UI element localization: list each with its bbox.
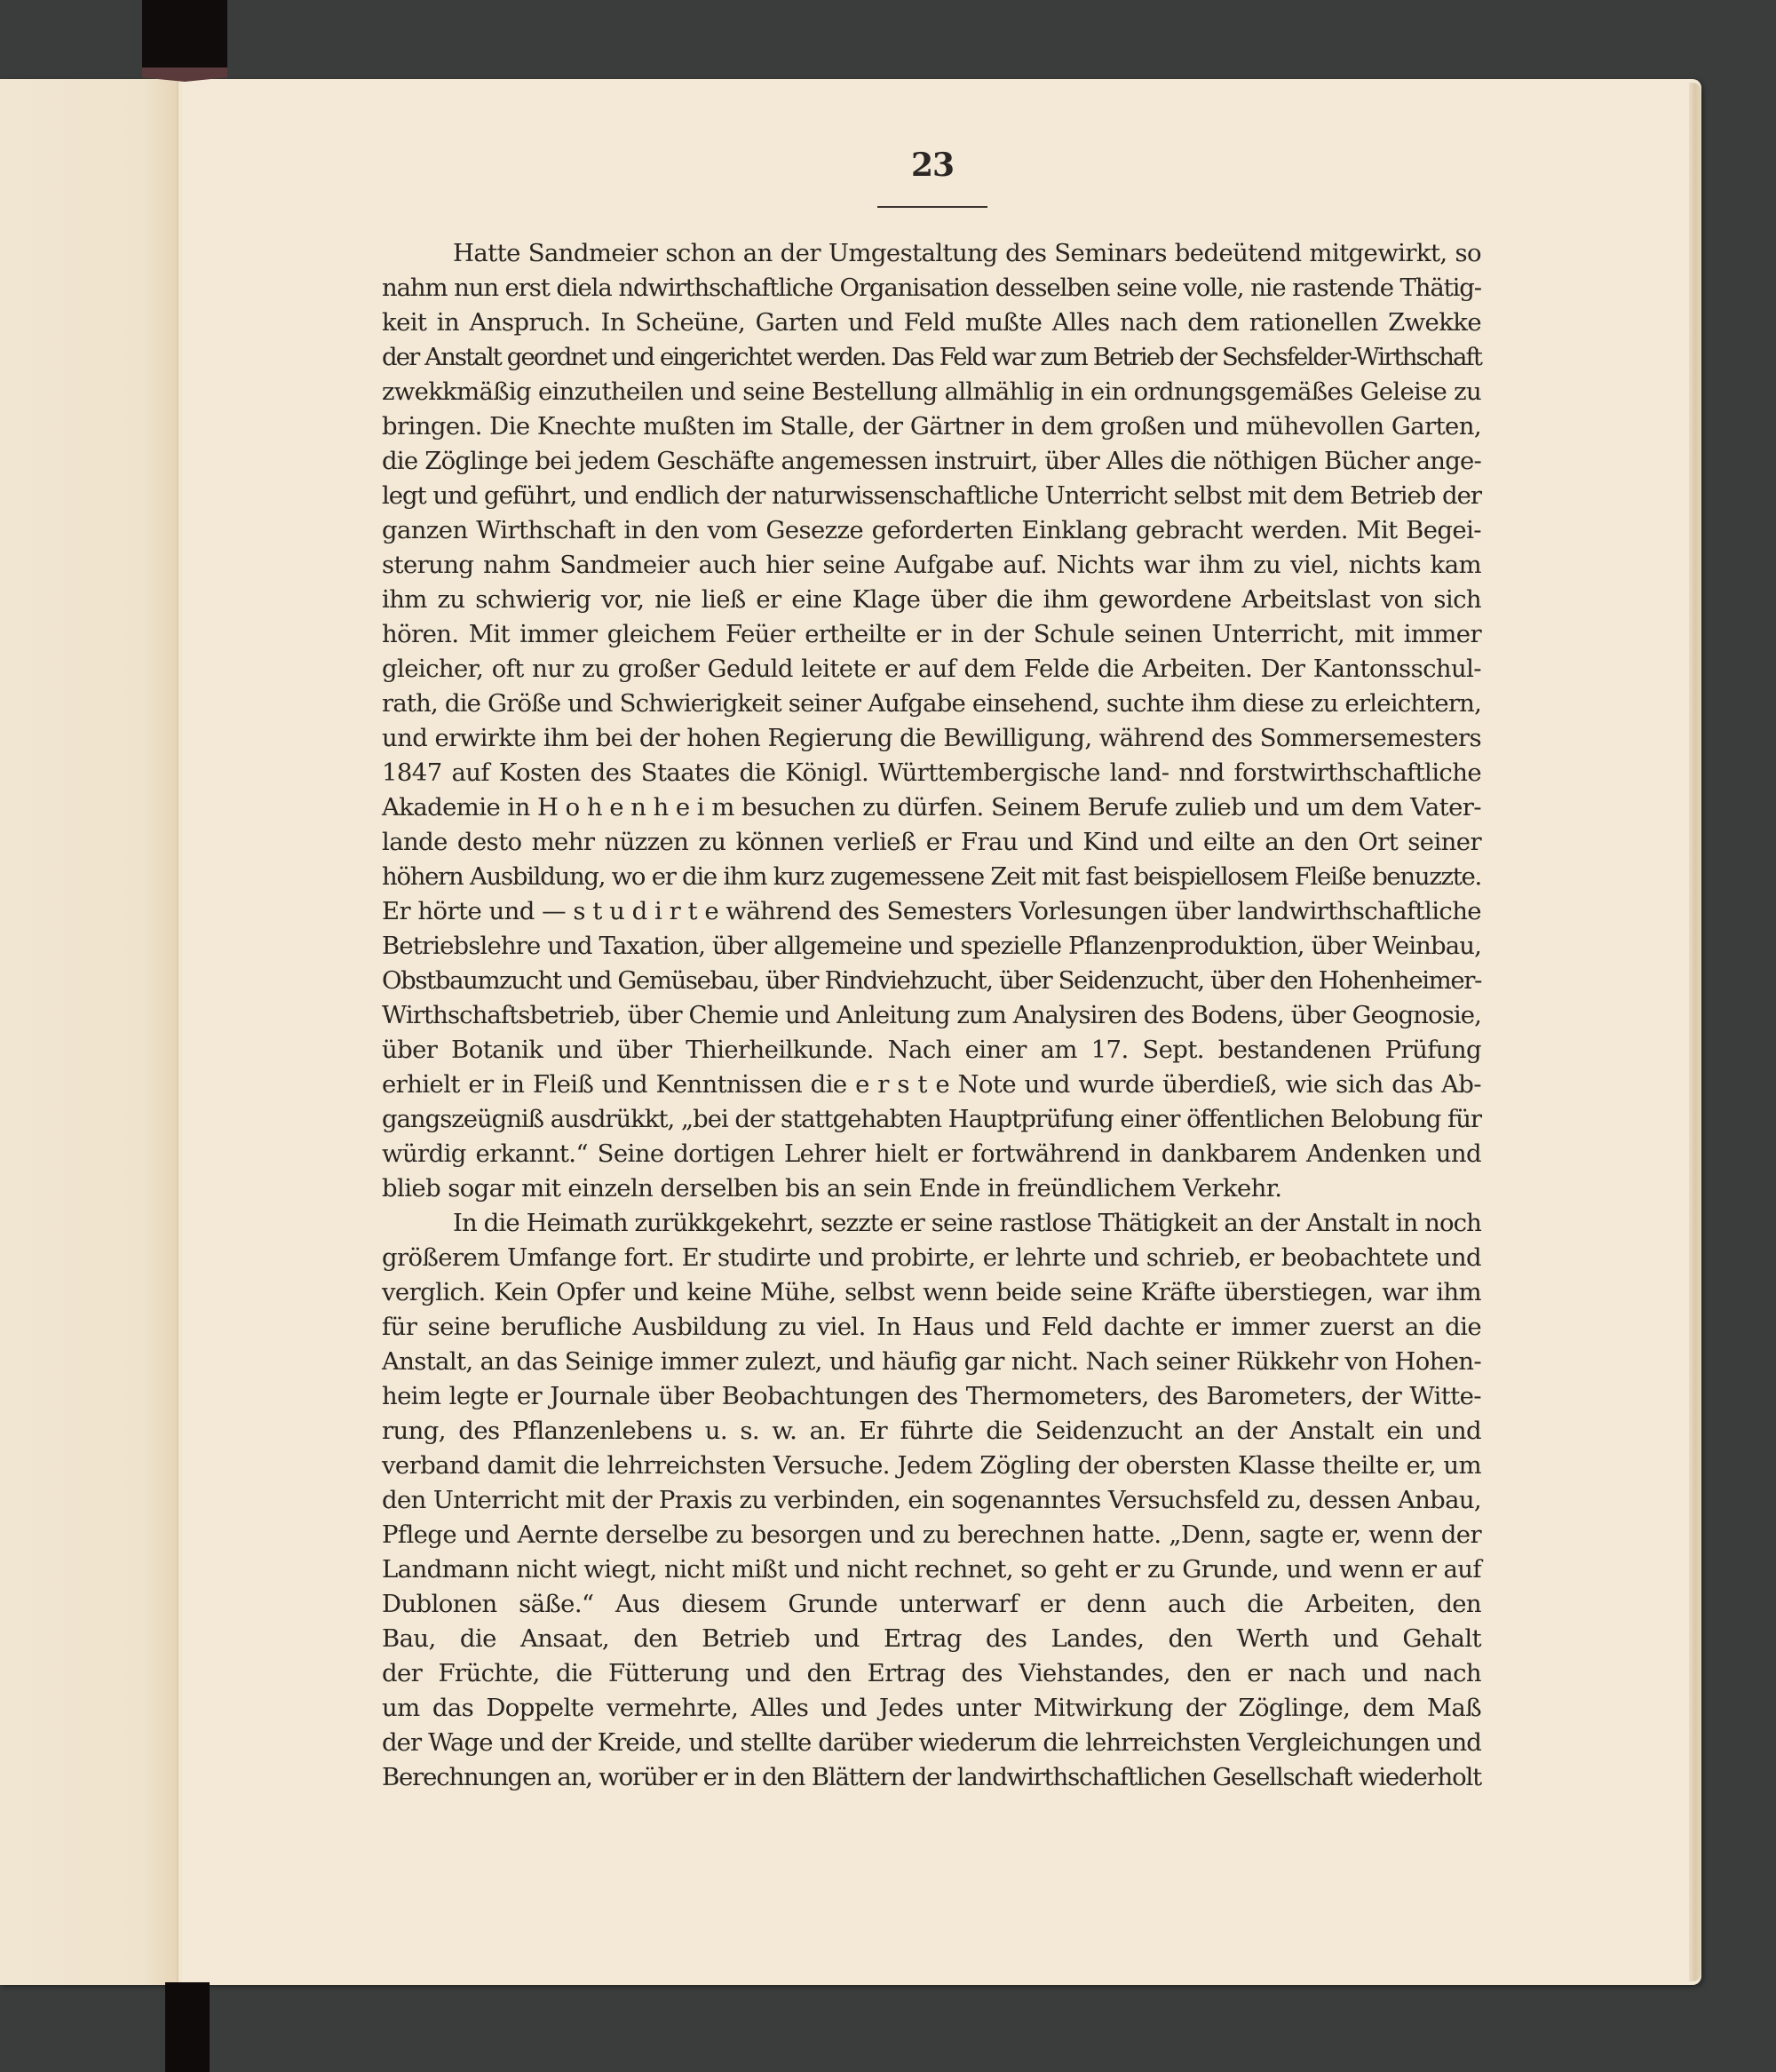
text-line: Betriebslehre und Taxation, über allgeme… (382, 931, 1481, 961)
text-line: erhielt er in Fleiß und Kenntnissen die … (382, 1069, 1481, 1100)
text-line: der Früchte, die Fütterung und den Ertra… (382, 1658, 1481, 1688)
text-line: gleicher, oft nur zu großer Geduld leite… (382, 654, 1481, 684)
text-line: Hatte Sandmeier schon an der Umgestaltun… (453, 238, 1481, 268)
page-stack-edge (1689, 83, 1701, 1981)
text-line: Akademie in H o h e n h e i m besuchen z… (382, 792, 1481, 822)
text-line: keit in Anspruch. In Scheüne, Garten und… (382, 307, 1481, 337)
page-number: 23 (888, 147, 977, 184)
text-line: den Unterricht mit der Praxis zu verbind… (382, 1485, 1481, 1515)
text-line: nahm nun erst diela ndwirthschaftliche O… (382, 273, 1481, 303)
text-line: größerem Umfange fort. Er studirte und p… (382, 1242, 1481, 1273)
text-line: legt und geführt, und endlich der naturw… (382, 480, 1481, 511)
text-line: Er hörte und — s t u d i r t e während d… (382, 896, 1481, 926)
text-line: Landmann nicht wiegt, nicht mißt und nic… (382, 1554, 1481, 1584)
text-line: ganzen Wirthschaft in den vom Gesezze ge… (382, 515, 1481, 545)
text-line: und erwirkte ihm bei der hohen Regierung… (382, 723, 1481, 753)
text-line: ihm zu schwierig vor, nie ließ er eine K… (382, 584, 1481, 615)
facing-page-edge (0, 79, 178, 1985)
text-line: lande desto mehr nüzzen zu können verlie… (382, 827, 1481, 857)
text-line: würdig erkannt.“ Seine dortigen Lehrer h… (382, 1139, 1481, 1169)
text-line: gangszeügniß ausdrükkt, „bei der stattge… (382, 1104, 1481, 1134)
text-line: der Wage und der Kreide, und stellte dar… (382, 1727, 1481, 1758)
text-line: rung, des Pflanzenlebens u. s. w. an. Er… (382, 1416, 1481, 1446)
text-line: um das Doppelte vermehrte, Alles und Jed… (382, 1693, 1481, 1723)
text-line: verglich. Kein Opfer und keine Mühe, sel… (382, 1277, 1481, 1307)
text-line: sterung nahm Sandmeier auch hier seine A… (382, 550, 1481, 580)
text-line: höhern Ausbildung, wo er die ihm kurz zu… (382, 861, 1481, 892)
text-line: über Botanik und über Thierheilkunde. Na… (382, 1035, 1481, 1065)
text-line: hören. Mit immer gleichem Feüer ertheilt… (382, 619, 1481, 649)
text-line: die Zöglinge bei jedem Geschäfte angemes… (382, 446, 1481, 476)
text-line: Dublonen säße.“ Aus diesem Grunde unterw… (382, 1589, 1481, 1619)
text-line: In die Heimath zurükkgekehrt, sezzte er … (453, 1208, 1481, 1238)
text-line: heim legte er Journale über Beobachtunge… (382, 1381, 1481, 1411)
bookmark-ribbon-bottom (165, 1982, 210, 2072)
text-line: Berechnungen an, worüber er in den Blätt… (382, 1762, 1481, 1792)
text-line: rath, die Größe und Schwierigkeit seiner… (382, 688, 1481, 718)
text-line: der Anstalt geordnet und eingerichtet we… (382, 342, 1481, 372)
text-line: bringen. Die Knechte mußten im Stalle, d… (382, 411, 1481, 441)
text-line: blieb sogar mit einzeln derselben bis an… (382, 1173, 1481, 1203)
text-line: zwekkmäßig einzutheilen und seine Bestel… (382, 377, 1481, 407)
book-spine-fold (177, 79, 182, 1985)
text-line: 1847 auf Kosten des Staates die Königl. … (382, 758, 1481, 788)
page-number-rule (877, 206, 987, 208)
text-line: Wirthschaftsbetrieb, über Chemie und Anl… (382, 1000, 1481, 1030)
text-line: verband damit die lehrreichsten Versuche… (382, 1450, 1481, 1481)
bookmark-ribbon-top (142, 0, 227, 71)
text-line: Anstalt, an das Seinige immer zulezt, un… (382, 1346, 1481, 1377)
text-line: Bau, die Ansaat, den Betrieb und Ertrag … (382, 1623, 1481, 1654)
text-line: für seine berufliche Ausbildung zu viel.… (382, 1312, 1481, 1342)
text-line: Pflege und Aernte derselbe zu besorgen u… (382, 1520, 1481, 1550)
text-line: Obstbaumzucht und Gemüsebau, über Rindvi… (382, 965, 1481, 996)
